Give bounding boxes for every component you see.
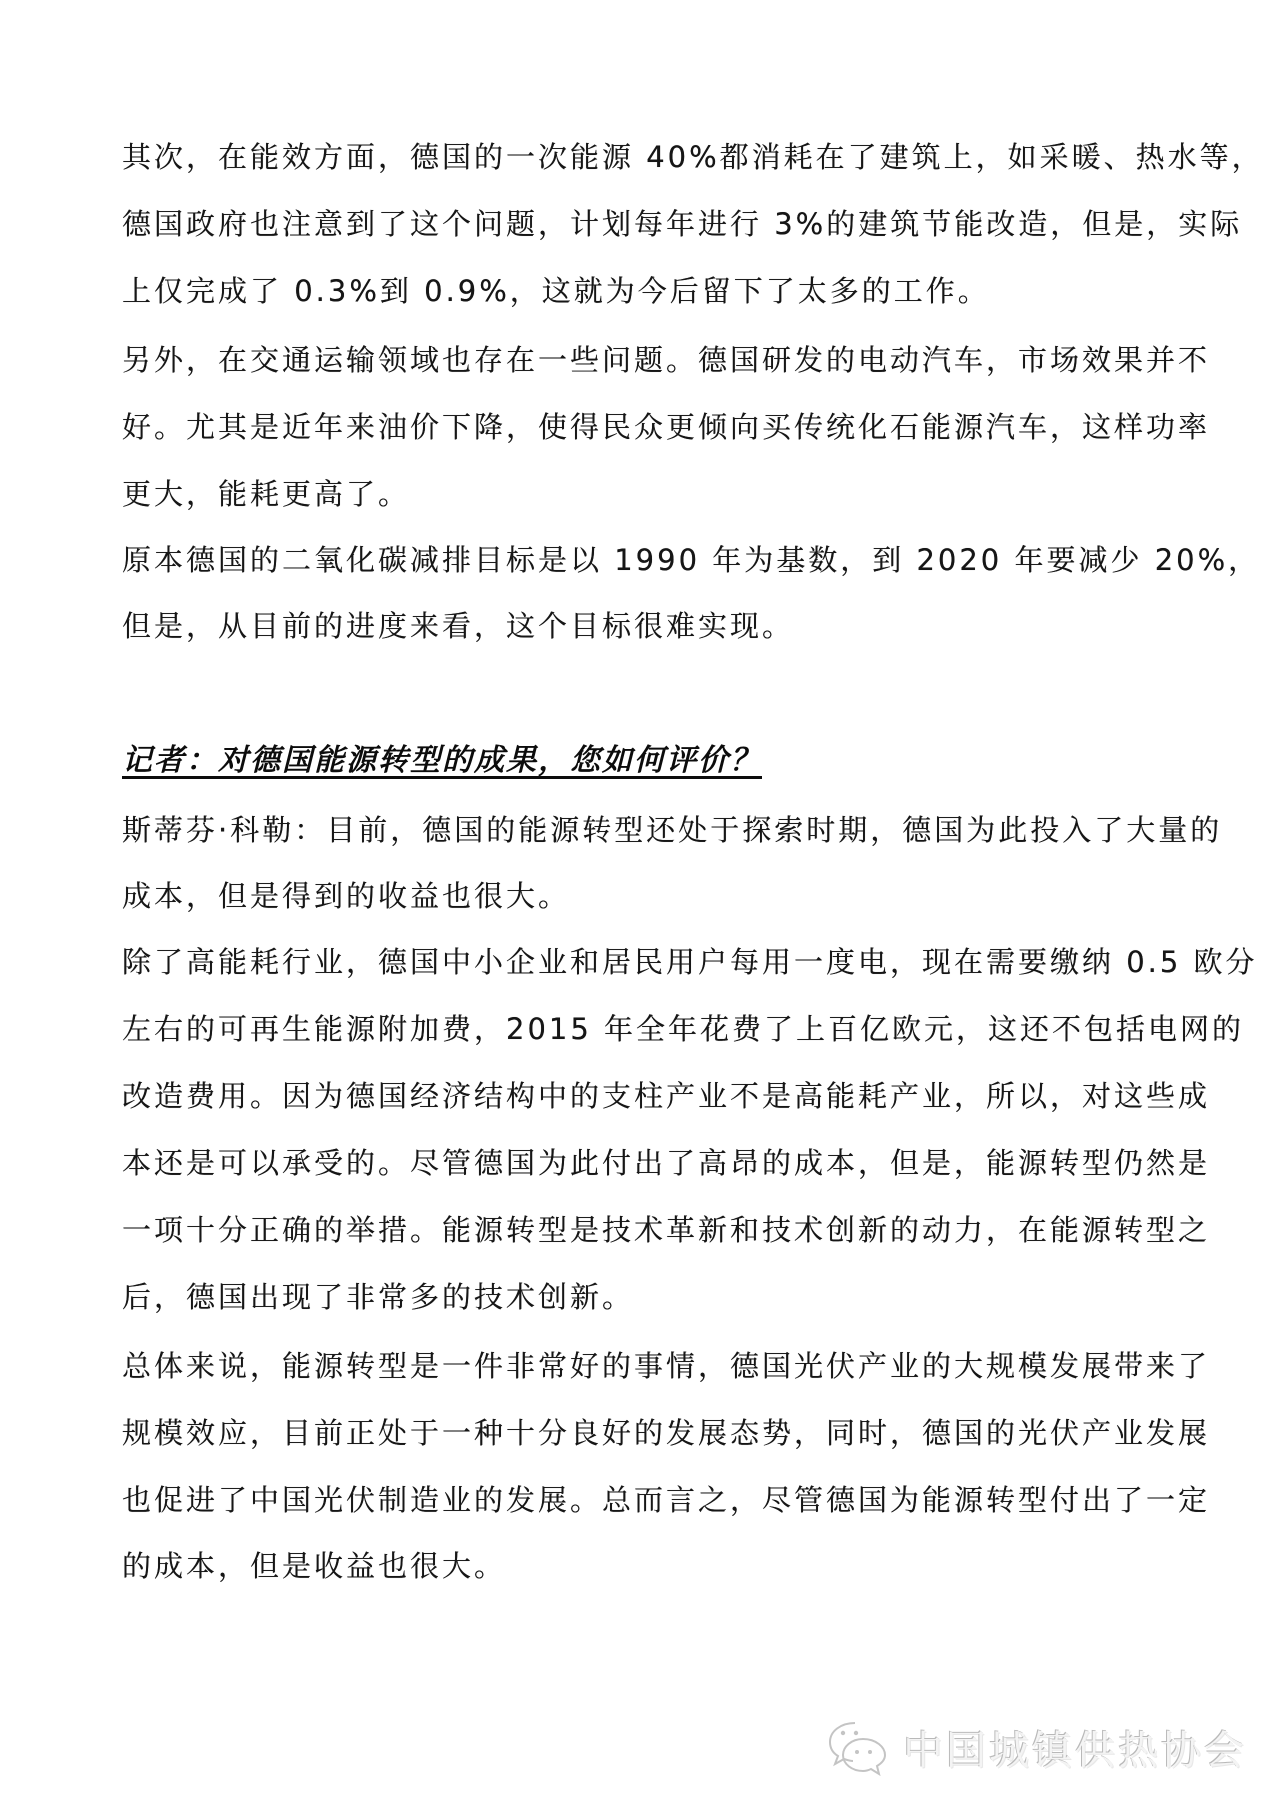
watermark: 中国城镇供热协会 bbox=[825, 1715, 1247, 1779]
paragraph-1-line-2: 德国政府也注意到了这个问题，计划每年进行 3%的建筑节能改造，但是，实际 bbox=[122, 204, 1242, 244]
paragraph-5-line-2: 左右的可再生能源附加费，2015 年全年花费了上百亿欧元，这还不包括电网的 bbox=[122, 1009, 1244, 1049]
paragraph-5-line-1: 除了高能耗行业，德国中小企业和居民用户每用一度电，现在需要缴纳 0.5 欧分 bbox=[122, 942, 1258, 982]
paragraph-6-line-1: 总体来说，能源转型是一件非常好的事情，德国光伏产业的大规模发展带来了 bbox=[122, 1346, 1210, 1386]
paragraph-1-line-3: 上仅完成了 0.3%到 0.9%，这就为今后留下了太多的工作。 bbox=[122, 271, 990, 311]
paragraph-6-line-3: 也促进了中国光伏制造业的发展。总而言之，尽管德国为能源转型付出了一定 bbox=[122, 1480, 1210, 1520]
paragraph-6-line-4: 的成本，但是收益也很大。 bbox=[122, 1546, 506, 1586]
paragraph-1-line-1: 其次，在能效方面，德国的一次能源 40%都消耗在了建筑上，如采暖、热水等， bbox=[122, 137, 1264, 177]
paragraph-4-line-1: 斯蒂芬·科勒：目前，德国的能源转型还处于探索时期，德国为此投入了大量的 bbox=[122, 810, 1222, 850]
paragraph-3-line-1: 原本德国的二氧化碳减排目标是以 1990 年为基数，到 2020 年要减少 20… bbox=[122, 540, 1260, 580]
paragraph-2-line-1: 另外，在交通运输领域也存在一些问题。德国研发的电动汽车，市场效果并不 bbox=[122, 340, 1210, 380]
paragraph-4-line-2: 成本，但是得到的收益也很大。 bbox=[122, 876, 570, 916]
paragraph-3-line-2: 但是，从目前的进度来看，这个目标很难实现。 bbox=[122, 606, 794, 646]
watermark-text: 中国城镇供热协会 bbox=[903, 1719, 1247, 1776]
paragraph-5-line-5: 一项十分正确的举措。能源转型是技术革新和技术创新的动力，在能源转型之 bbox=[122, 1210, 1210, 1250]
paragraph-5-line-6: 后，德国出现了非常多的技术创新。 bbox=[122, 1277, 634, 1317]
question-heading: 记者：对德国能源转型的成果，您如何评价？ bbox=[122, 741, 762, 781]
paragraph-5-line-4: 本还是可以承受的。尽管德国为此付出了高昂的成本，但是，能源转型仍然是 bbox=[122, 1143, 1210, 1183]
paragraph-2-line-3: 更大，能耗更高了。 bbox=[122, 474, 410, 514]
wechat-icon bbox=[825, 1717, 893, 1777]
paragraph-6-line-2: 规模效应，目前正处于一种十分良好的发展态势，同时，德国的光伏产业发展 bbox=[122, 1413, 1210, 1453]
paragraph-5-line-3: 改造费用。因为德国经济结构中的支柱产业不是高能耗产业，所以，对这些成 bbox=[122, 1076, 1210, 1116]
paragraph-2-line-2: 好。尤其是近年来油价下降，使得民众更倾向买传统化石能源汽车，这样功率 bbox=[122, 407, 1210, 447]
